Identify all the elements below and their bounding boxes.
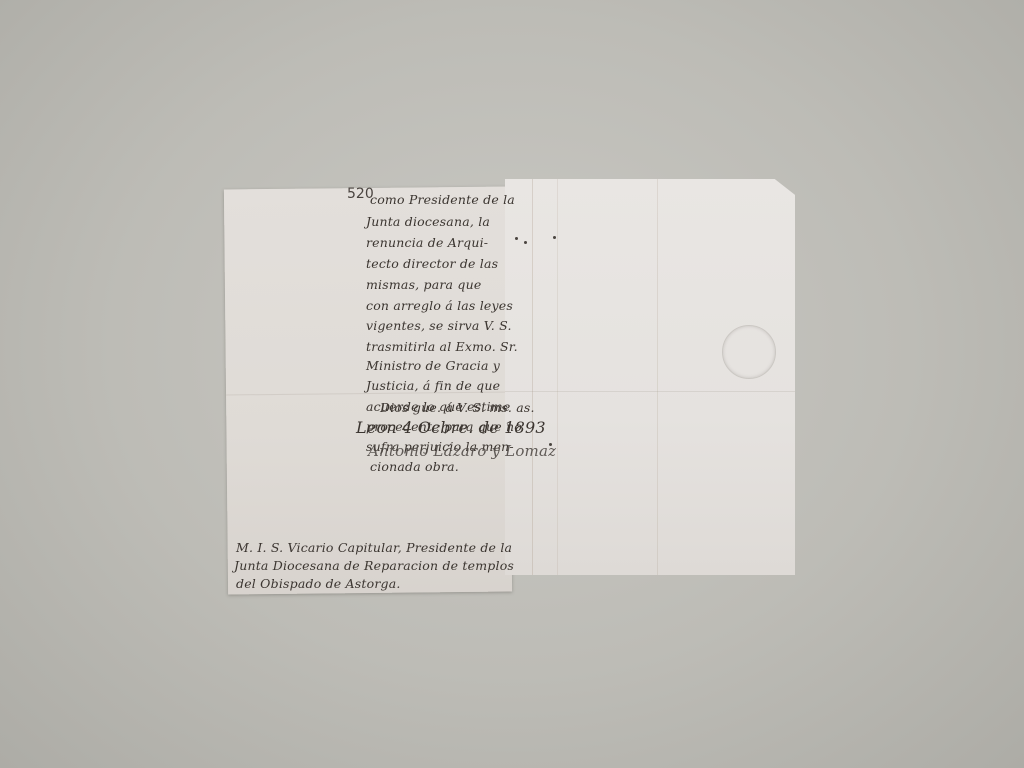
letter-line: Justicia, á fin de que — [366, 376, 500, 396]
fold-line — [557, 179, 558, 575]
fold-line — [505, 391, 795, 392]
letter-line: vigentes, se sirva V. S. — [366, 316, 512, 336]
letter-line: tecto director de las — [366, 254, 498, 274]
addressee-line: Junta Diocesana de Reparacion de templos — [234, 557, 514, 575]
pinhole — [524, 241, 527, 244]
letter-line: como Presidente de la — [370, 190, 515, 210]
letter-line: Ministro de Gracia y — [366, 356, 500, 376]
letter-line: con arreglo á las leyes — [366, 296, 513, 316]
letter-line: renuncia de Arqui- — [366, 233, 488, 253]
pinhole — [515, 237, 518, 240]
addressee-line: M. I. S. Vicario Capitular, Presidente d… — [236, 539, 512, 557]
fold-line — [532, 179, 533, 575]
letter-line: Junta diocesana, la — [366, 212, 490, 232]
addressee-line: del Obispado de Astorga. — [236, 575, 401, 593]
embossed-seal — [722, 325, 776, 379]
pinhole — [553, 236, 556, 239]
place-and-date: Leon 4 Ocbre. de 1893 — [356, 418, 546, 437]
fold-line — [657, 179, 658, 575]
closing-formula: Dios gue. á V. S. ms. as. — [380, 398, 535, 418]
signature: Antonio Lázaro y Lomaz — [368, 442, 556, 460]
letter-line: mismas, para que — [366, 275, 481, 295]
letter-line: trasmitirla al Exmo. Sr. — [366, 337, 518, 357]
